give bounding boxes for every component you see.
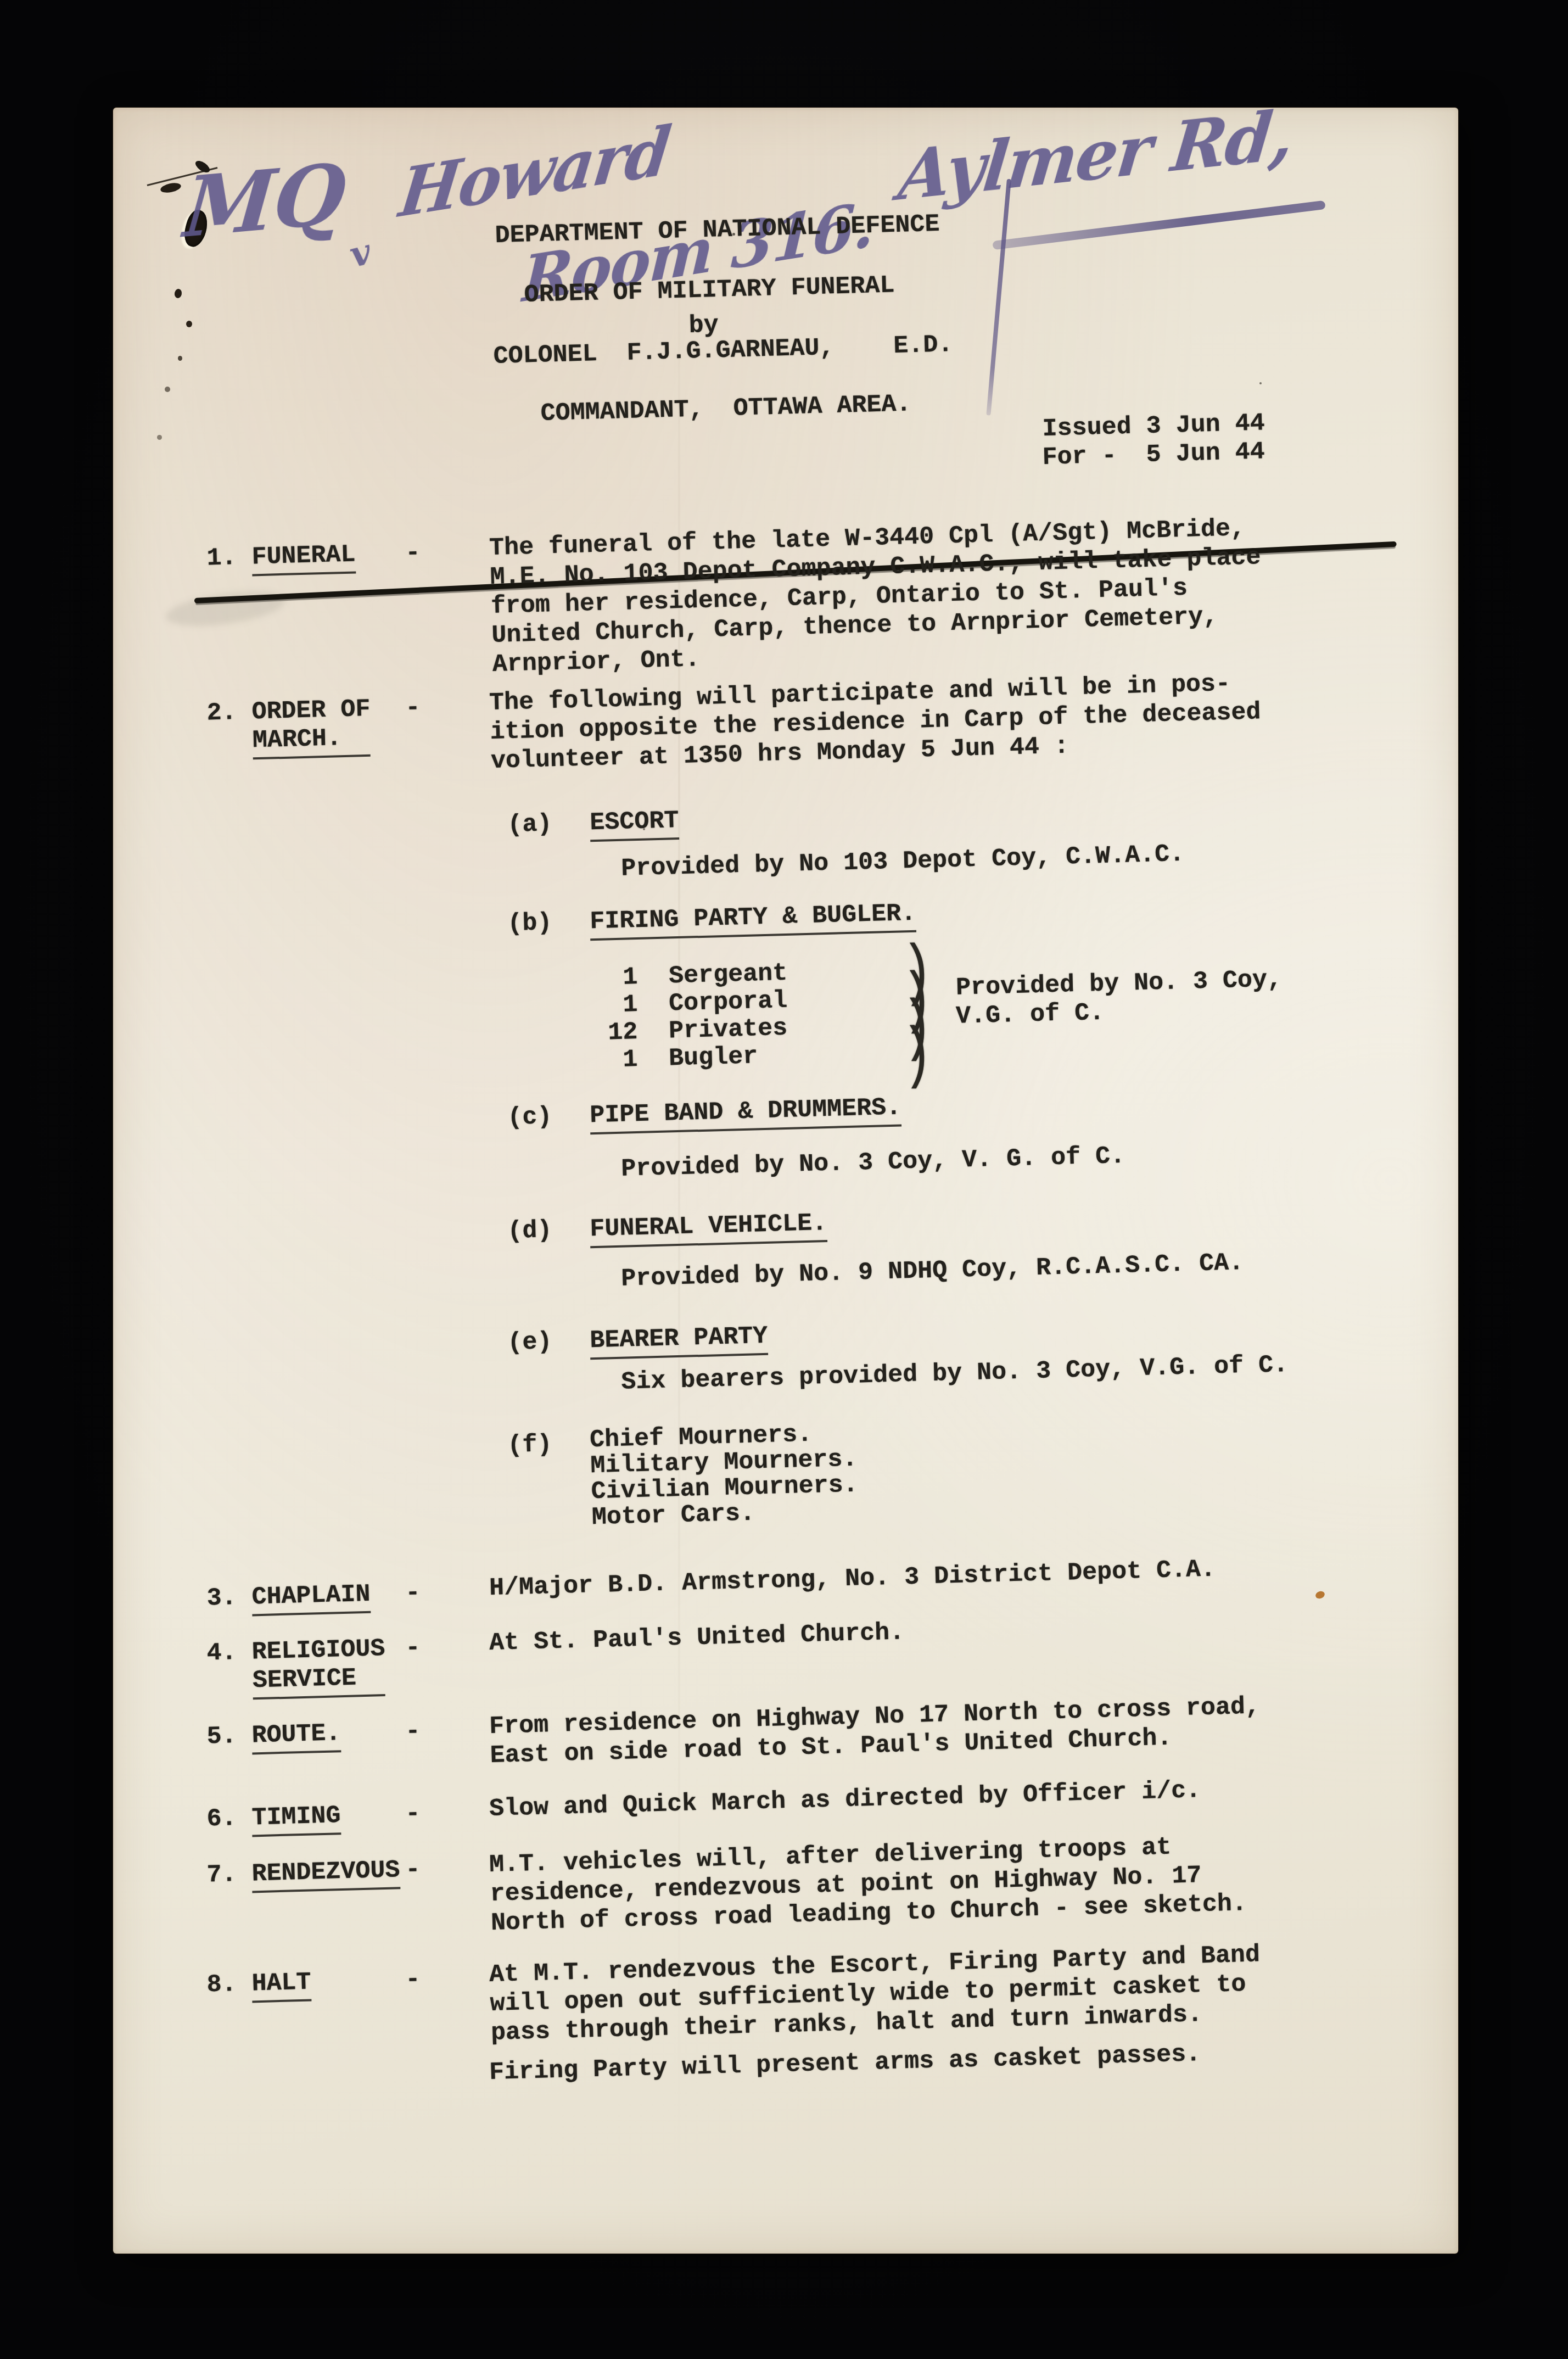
text-line: H/Major B.D. Armstrong, No. 3 District D… (489, 1551, 1346, 1603)
section-body: The funeral of the late W-3440 Cpl (A/Sg… (489, 511, 1349, 679)
subitem-title: BEARER PARTY (590, 1322, 769, 1360)
subitem-title: FUNERAL VEHICLE. (590, 1209, 828, 1248)
subitem-letter: (e) (507, 1328, 552, 1357)
mourners-list: Chief Mourners.Military Mourners.Civilia… (590, 1408, 1306, 1530)
subitem-letter: (a) (507, 810, 552, 839)
for-date: For - 5 Jun 44 (1042, 438, 1265, 472)
section-number: 2. (206, 698, 237, 727)
document-page: MQ v Howard Room 316. Aylmer Rd, DEPARTM… (113, 108, 1458, 2254)
subitem-letter: (d) (507, 1216, 552, 1245)
subitem-letter: (f) (507, 1430, 552, 1460)
subitem-letter: (b) (507, 909, 552, 938)
document-officer: COLONEL F.J.G.GARNEAU, E.D. (493, 331, 953, 371)
subitem-title: ESCORT (590, 807, 680, 842)
typed-content: DEPARTMENT OF NATIONAL DEFENCE ORDER OF … (113, 108, 1458, 2254)
section-dash: - (405, 694, 421, 722)
section-label-line2: MARCH. (252, 724, 371, 760)
section-label: FUNERAL (251, 540, 356, 576)
section-label-line1: ORDER OF (251, 695, 371, 726)
subitem-letter: (c) (507, 1103, 552, 1132)
section-dash: - (405, 539, 421, 567)
document-by: by (688, 311, 719, 340)
document-title: ORDER OF MILITARY FUNERAL (524, 271, 895, 309)
issued-date: Issued 3 Jun 44 (1042, 409, 1265, 443)
document-department: DEPARTMENT OF NATIONAL DEFENCE (495, 210, 940, 250)
scan-background: MQ v Howard Room 316. Aylmer Rd, DEPARTM… (0, 0, 1568, 2359)
document-commandant: COMMANDANT, OTTAWA AREA. (540, 390, 911, 428)
section-number: 1. (206, 544, 237, 572)
